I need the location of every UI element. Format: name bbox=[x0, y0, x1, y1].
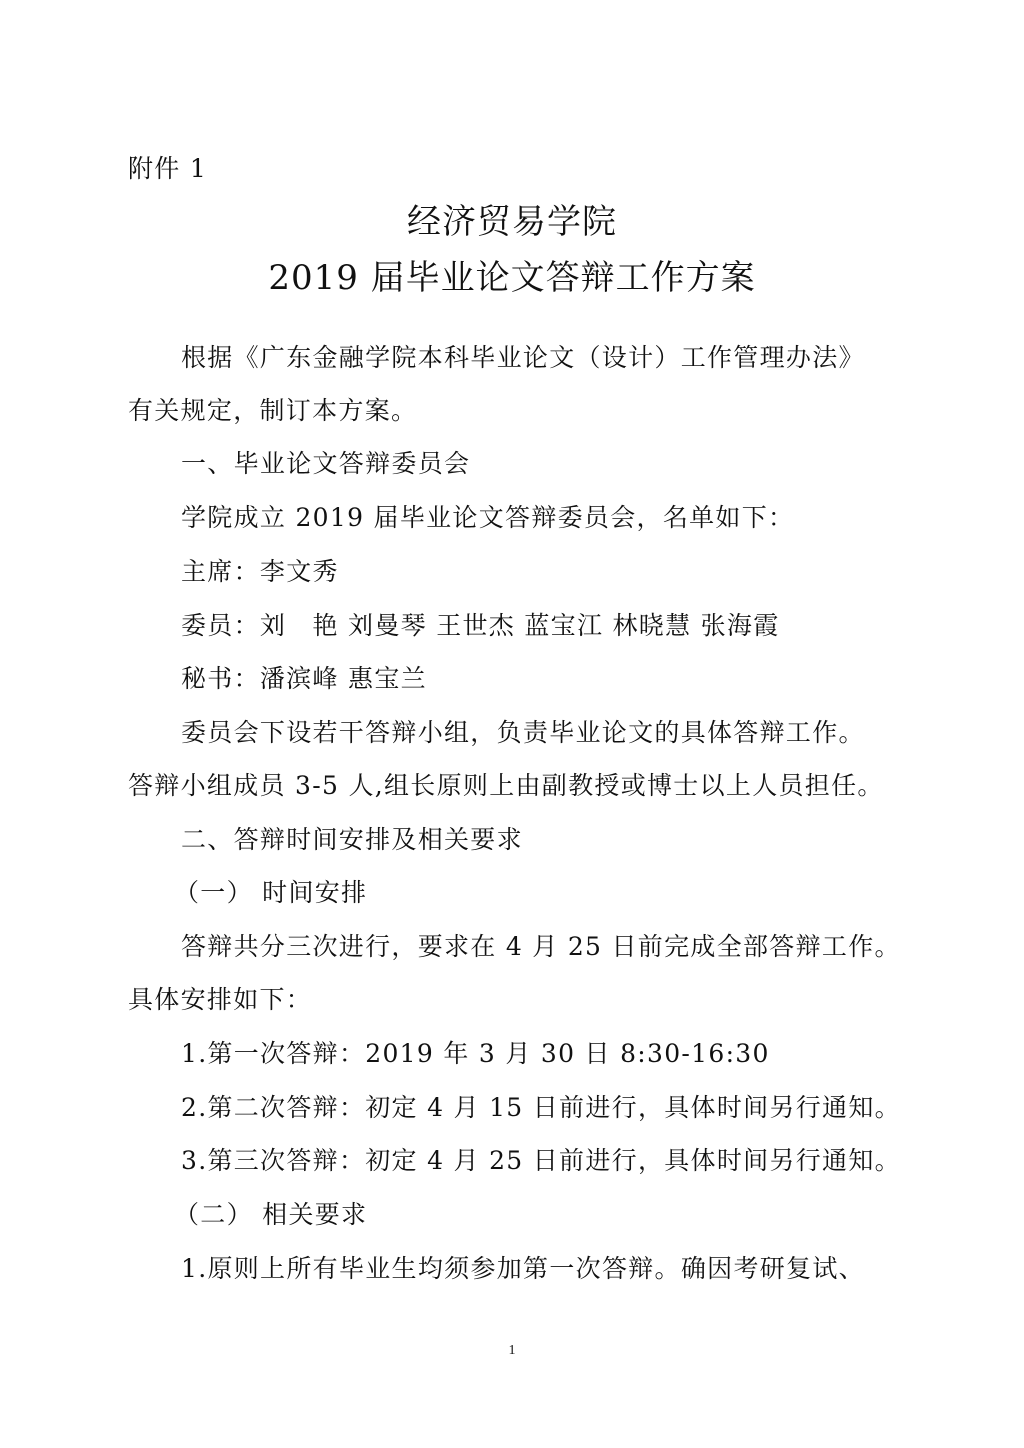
committee-chair: 主席：李文秀 bbox=[181, 557, 339, 587]
schedule-item: 1.第一次答辩：2019 年 3 月 30 日 8:30-16:30 bbox=[181, 1039, 770, 1069]
requirement-item: 1.原则上所有毕业生均须参加第一次答辩。确因考研复试、 bbox=[181, 1254, 865, 1284]
schedule-paragraph-line1: 答辩共分三次进行，要求在 4 月 25 日前完成全部答辩工作。 bbox=[181, 932, 901, 962]
schedule-paragraph-line2: 具体安排如下： bbox=[128, 985, 312, 1015]
attachment-label: 附件 1 bbox=[128, 154, 207, 184]
intro-paragraph-line2: 有关规定，制订本方案。 bbox=[128, 396, 417, 426]
subsection-requirements-heading: （二） 相关要求 bbox=[174, 1200, 367, 1230]
document-page: 附件 1 经济贸易学院 2019 届毕业论文答辩工作方案 根据《广东金融学院本科… bbox=[0, 0, 1024, 1448]
schedule-item: 2.第二次答辩：初定 4 月 15 日前进行，具体时间另行通知。 bbox=[181, 1093, 901, 1123]
page-number: 1 bbox=[0, 1343, 1024, 1359]
committee-members: 委员：刘 艳 刘曼琴 王世杰 蓝宝江 林晓慧 张海霞 bbox=[181, 611, 780, 641]
groups-paragraph-line2: 答辩小组成员 3-5 人,组长原则上由副教授或博士以上人员担任。 bbox=[128, 771, 884, 801]
section2-heading: 二、答辩时间安排及相关要求 bbox=[181, 825, 523, 855]
schedule-item: 3.第三次答辩：初定 4 月 25 日前进行，具体时间另行通知。 bbox=[181, 1146, 901, 1176]
subsection-time-heading: （一） 时间安排 bbox=[174, 878, 367, 908]
committee-secretary: 秘书：潘滨峰 惠宝兰 bbox=[181, 664, 427, 694]
intro-paragraph-line1: 根据《广东金融学院本科毕业论文（设计）工作管理办法》 bbox=[181, 343, 865, 373]
document-title-line2: 2019 届毕业论文答辩工作方案 bbox=[0, 258, 1024, 298]
section1-heading: 一、毕业论文答辩委员会 bbox=[181, 449, 470, 479]
document-title-line1: 经济贸易学院 bbox=[0, 202, 1024, 242]
groups-paragraph-line1: 委员会下设若干答辩小组，负责毕业论文的具体答辩工作。 bbox=[181, 718, 865, 748]
committee-established-text: 学院成立 2019 届毕业论文答辩委员会，名单如下： bbox=[181, 503, 794, 533]
